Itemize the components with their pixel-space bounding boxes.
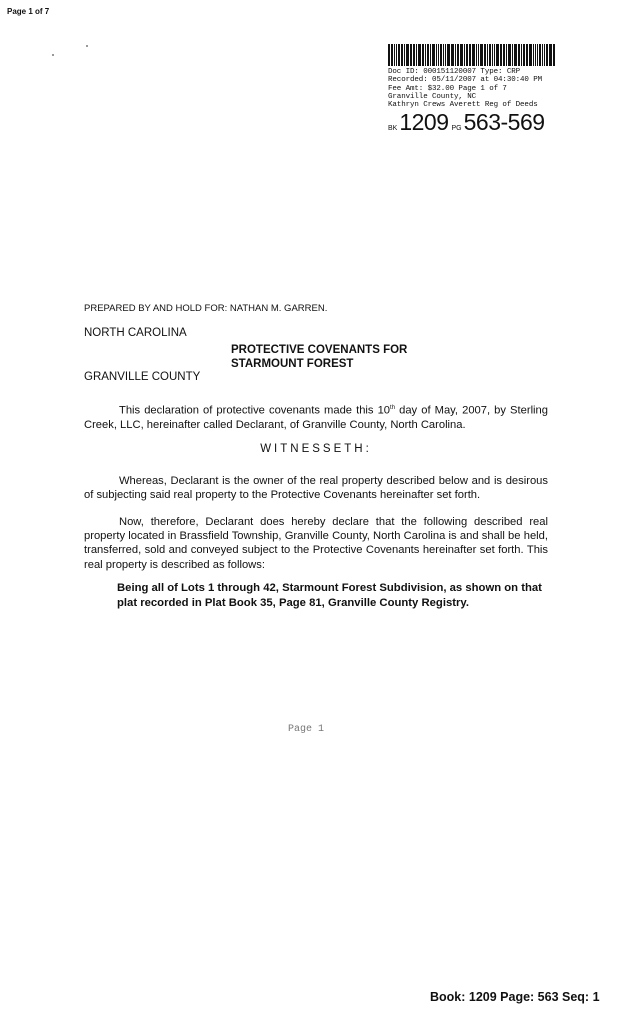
recording-stamp: Doc ID: 000151120007 Type: CRPRecorded: … — [388, 44, 568, 136]
stamp-line: Recorded: 05/11/2007 at 04:30:40 PM — [388, 76, 568, 84]
stamp-line: Kathryn Crews Averett Reg of Deeds — [388, 101, 568, 109]
page-range: 563-569 — [464, 109, 545, 136]
page-number: Page 1 — [288, 724, 324, 735]
scan-speck — [86, 45, 88, 47]
bk-label: BK — [388, 125, 397, 132]
recording-info: Doc ID: 000151120007 Type: CRPRecorded: … — [388, 68, 568, 109]
stamp-line: Doc ID: 000151120007 Type: CRP — [388, 68, 568, 76]
whereas-paragraph: Whereas, Declarant is the owner of the r… — [84, 474, 548, 502]
document-title: PROTECTIVE COVENANTS FOR STARMOUNT FORES… — [231, 343, 407, 371]
book-number: 1209 — [399, 109, 448, 136]
book-page-stamp: BK 1209 PG 563-569 — [388, 109, 568, 136]
title-line-1: PROTECTIVE COVENANTS FOR — [231, 343, 407, 357]
page-counter: Page 1 of 7 — [7, 7, 49, 16]
now-therefore-paragraph: Now, therefore, Declarant does hereby de… — [84, 515, 548, 572]
scan-speck — [52, 54, 54, 56]
title-line-2: STARMOUNT FOREST — [231, 357, 407, 371]
intro-text: This declaration of protective covenants… — [119, 405, 390, 417]
prepared-by: PREPARED BY AND HOLD FOR: NATHAN M. GARR… — [84, 303, 327, 314]
pg-label: PG — [452, 125, 462, 132]
county-heading: GRANVILLE COUNTY — [84, 371, 200, 383]
stamp-line: Granville County, NC — [388, 93, 568, 101]
state-heading: NORTH CAROLINA — [84, 327, 187, 339]
stamp-line: Fee Amt: $32.00 Page 1 of 7 — [388, 85, 568, 93]
intro-paragraph: This declaration of protective covenants… — [84, 401, 548, 432]
barcode-icon — [388, 44, 556, 66]
legal-description: Being all of Lots 1 through 42, Starmoun… — [117, 581, 557, 611]
witnesseth-heading: WITNESSETH: — [84, 443, 548, 455]
footer-book-page-seq: Book: 1209 Page: 563 Seq: 1 — [430, 990, 600, 1004]
